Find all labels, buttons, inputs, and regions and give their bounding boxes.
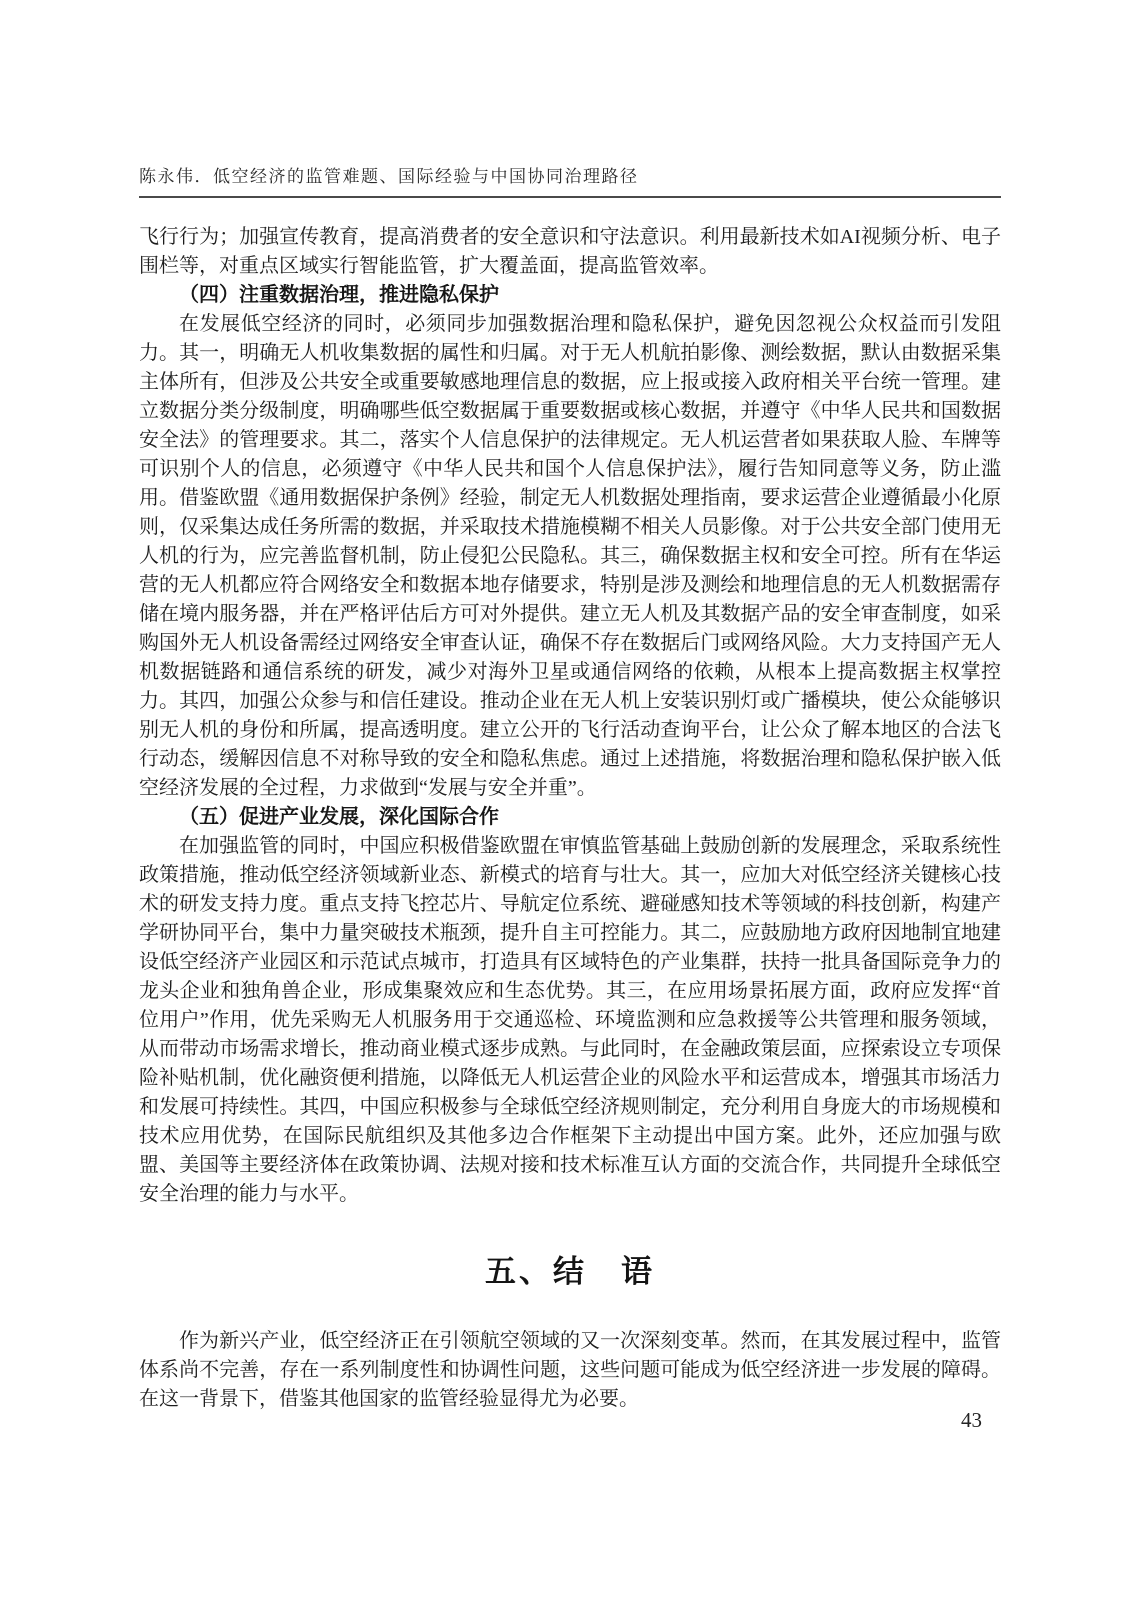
document-page: 陈永伟．低空经济的监管难题、国际经验与中国协同治理路径 飞行行为；加强宣传教育，…	[0, 0, 1140, 1600]
paragraph-conclusion: 作为新兴产业，低空经济正在引领航空领域的又一次深刻变革。然而，在其发展过程中，监…	[139, 1327, 1001, 1414]
article-body: 飞行行为；加强宣传教育，提高消费者的安全意识和守法意识。利用最新技术如AI视频分…	[139, 223, 1001, 1414]
paragraph-industry-development: 在加强监管的同时，中国应积极借鉴欧盟在审慎监管基础上鼓励创新的发展理念，采取系统…	[139, 832, 1001, 1209]
header-rule	[139, 196, 1001, 198]
paragraph-continued-from-previous-page: 飞行行为；加强宣传教育，提高消费者的安全意识和守法意识。利用最新技术如AI视频分…	[139, 223, 1001, 281]
section-heading-5-industry-cooperation: （五）促进产业发展，深化国际合作	[139, 803, 1001, 832]
section-heading-4-data-governance: （四）注重数据治理，推进隐私保护	[139, 281, 1001, 310]
running-header: 陈永伟．低空经济的监管难题、国际经验与中国协同治理路径	[139, 162, 1001, 198]
running-head-citation: 陈永伟．低空经济的监管难题、国际经验与中国协同治理路径	[139, 162, 1001, 196]
chapter-heading-conclusion: 五、结 语	[139, 1251, 1001, 1293]
page-number: 43	[961, 1408, 982, 1433]
article-content: 陈永伟．低空经济的监管难题、国际经验与中国协同治理路径 飞行行为；加强宣传教育，…	[139, 162, 1001, 1414]
paragraph-data-governance-privacy: 在发展低空经济的同时，必须同步加强数据治理和隐私保护，避免因忽视公众权益而引发阻…	[139, 310, 1001, 803]
